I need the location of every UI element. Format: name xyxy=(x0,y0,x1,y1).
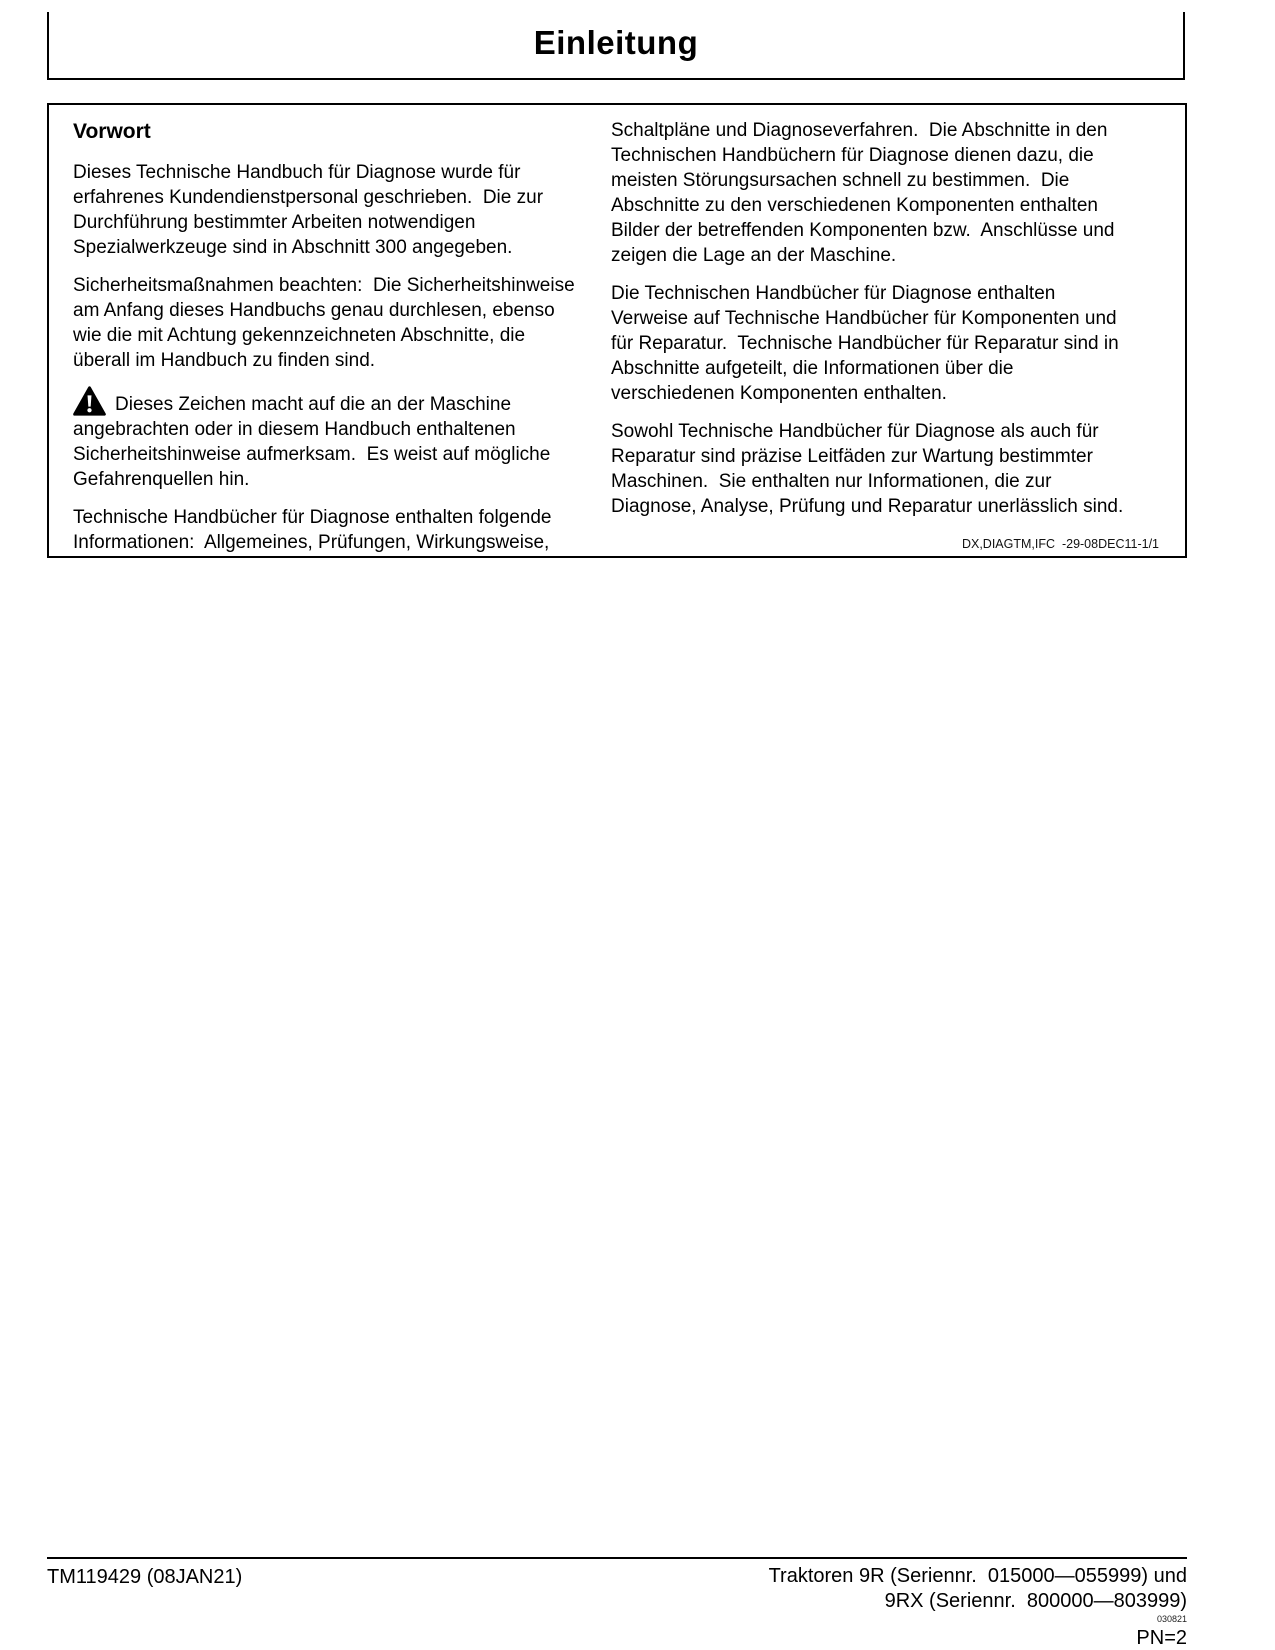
left-column: Vorwort Dieses Technische Handbuch für D… xyxy=(73,118,585,568)
paragraph: Sicherheitsmaßnahmen beachten: Die Siche… xyxy=(73,273,585,373)
model-line-1: Traktoren 9R (Seriennr. 015000—055999) u… xyxy=(769,1564,1187,1589)
paragraph: Sowohl Technische Handbücher für Diagnos… xyxy=(611,419,1129,519)
paragraph: Technische Handbücher für Diagnose entha… xyxy=(73,505,585,555)
paragraph: Schaltpläne und Diagnoseverfahren. Die A… xyxy=(611,118,1129,268)
paragraph: Die Technischen Handbücher für Diagnose … xyxy=(611,281,1129,406)
page-title: Einleitung xyxy=(534,24,699,66)
vorwort-section: Vorwort Dieses Technische Handbuch für D… xyxy=(47,103,1187,558)
print-code: 030821 xyxy=(769,1614,1187,1624)
manual-number: TM119429 (08JAN21) xyxy=(47,1564,242,1650)
model-line-2: 9RX (Seriennr. 800000—803999) xyxy=(769,1589,1187,1614)
paragraph: Dieses Technische Handbuch für Diagnose … xyxy=(73,160,585,260)
page-number: PN=2 xyxy=(769,1626,1187,1650)
footer-model-info: Traktoren 9R (Seriennr. 015000—055999) u… xyxy=(769,1564,1187,1650)
two-column-layout: Vorwort Dieses Technische Handbuch für D… xyxy=(49,105,1185,568)
reference-code: DX,DIAGTM,IFC -29-08DEC11-1/1 xyxy=(962,537,1159,551)
warning-text: Dieses Zeichen macht auf die an der Masc… xyxy=(73,394,550,490)
safety-alert-triangle-icon xyxy=(73,386,106,416)
page-header: Einleitung xyxy=(47,12,1185,80)
section-heading: Vorwort xyxy=(73,120,585,144)
page-footer: TM119429 (08JAN21) Traktoren 9R (Serienn… xyxy=(47,1557,1187,1650)
warning-paragraph: Dieses Zeichen macht auf die an der Masc… xyxy=(73,386,585,492)
manual-page: Einleitung Vorwort Dieses Technische Han… xyxy=(0,0,1275,1650)
right-column: Schaltpläne und Diagnoseverfahren. Die A… xyxy=(611,118,1129,568)
